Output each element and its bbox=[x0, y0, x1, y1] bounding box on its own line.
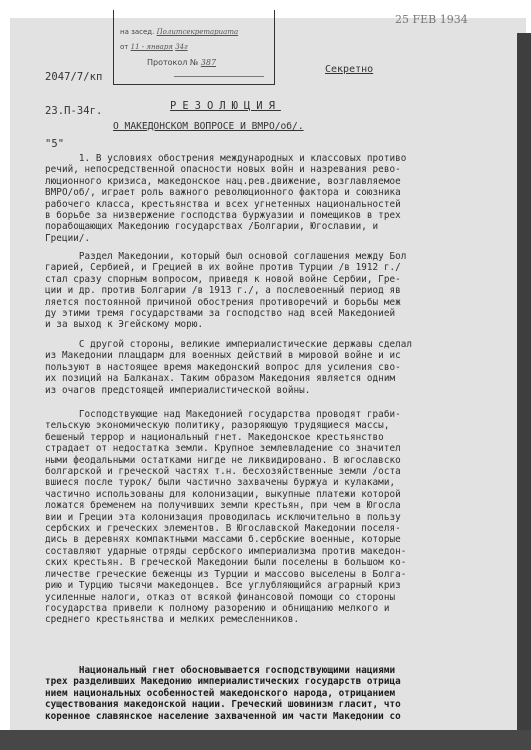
text-line: составляют ударные отряды сербского импе… bbox=[45, 546, 406, 557]
text-line: и за выход к Эгейскому морю. bbox=[45, 319, 406, 330]
subtitle-text: О МАКЕДОНСКОМ ВОПРОСЕ И ВМРО/об/. bbox=[113, 121, 304, 132]
paragraph-5: Национальный гнет обосновывается господс… bbox=[45, 665, 401, 722]
scan-edge-right bbox=[517, 33, 531, 750]
text-line: С другой стороны, великие империалистиче… bbox=[45, 339, 412, 350]
text-line: ВМРО/об/, играет роль важного революцион… bbox=[45, 187, 406, 198]
text-line: в борьбе за низвержение господства буржу… bbox=[45, 210, 406, 221]
protocol-stamp: на засед. Политсекретариата от 11 - янва… bbox=[113, 10, 275, 85]
text-line: нием национальных особенностей македонск… bbox=[45, 688, 401, 699]
paragraph-4: Господствующие над Македонией государств… bbox=[45, 409, 406, 626]
paragraph-3: С другой стороны, великие империалистиче… bbox=[45, 339, 412, 396]
document-subtitle: О МАКЕДОНСКОМ ВОПРОСЕ И ВМРО/об/. bbox=[113, 121, 304, 132]
text-line: Господствующие над Македонией государств… bbox=[45, 409, 406, 420]
text-line: тельскую экономическую политику, разоряю… bbox=[45, 420, 406, 431]
text-line: болгарской и греческой частях т.н. бесхо… bbox=[45, 466, 406, 477]
text-line: вии и Греции эта колонизация проводилась… bbox=[45, 512, 406, 523]
text-line: ции и др. против Болгарии /в 1913 г./, а… bbox=[45, 285, 406, 296]
document-title: РЕЗОЛЮЦИЯ bbox=[170, 100, 281, 112]
text-line: коренное славянское население захваченно… bbox=[45, 711, 401, 722]
classification-label: Секретно bbox=[325, 64, 373, 75]
text-line: частично использованы для колонизации, в… bbox=[45, 489, 406, 500]
paragraph-2: Раздел Македонии, который был основой со… bbox=[45, 251, 406, 331]
text-line: ными феодальными остатками нигде не ликв… bbox=[45, 455, 406, 466]
text-line: гарией, Сербией, и Грецией в их войне пр… bbox=[45, 262, 406, 273]
reference-block: 2047/7/кп 23.П-34г. "5" bbox=[45, 49, 102, 162]
text-line: дись в деревнях компактными массами б.се… bbox=[45, 534, 406, 545]
text-line: стал сразу спорным вопросом, приведя к н… bbox=[45, 274, 406, 285]
text-line: личестве греческие беженцы из Турции и м… bbox=[45, 569, 406, 580]
text-line: ских крестьян. В греческой Македонии был… bbox=[45, 557, 406, 568]
text-line: из Македонии плацдарм для военных действ… bbox=[45, 350, 412, 361]
stamp-meeting-label: на засед. bbox=[120, 28, 154, 36]
stamp-date-year: 34г bbox=[175, 43, 187, 51]
stamp-date-value: 11 - января bbox=[131, 43, 173, 51]
text-line: их позиций на Балканах. Таким образом Ма… bbox=[45, 373, 412, 384]
text-line: существования македонской нации. Греческ… bbox=[45, 699, 401, 710]
text-line: речий, непосредственной опасности новых … bbox=[45, 164, 406, 175]
stamp-meeting-value: Политсекретариата bbox=[157, 28, 239, 36]
reference-number: 2047/7/кп bbox=[45, 72, 102, 83]
reference-date: 23.П-34г. bbox=[45, 106, 102, 117]
stamp-date-label: от bbox=[120, 43, 128, 51]
text-line: 1. В условиях обострения международных и… bbox=[45, 153, 406, 164]
text-line: ду этими тремя государствами за господст… bbox=[45, 308, 406, 319]
text-line: порабощающих Македонию государствах /Бол… bbox=[45, 221, 406, 232]
text-line: вшиеся после турок/ были частично захвач… bbox=[45, 477, 406, 488]
scan-edge-bottom bbox=[0, 730, 531, 750]
text-line: трех разделивших Македонию империалистич… bbox=[45, 676, 401, 687]
text-line: сербских и греческих элементов. В Югосла… bbox=[45, 523, 406, 534]
paragraph-1: 1. В условиях обострения международных и… bbox=[45, 153, 406, 244]
stamp-protocol-label: Протокол № bbox=[147, 58, 198, 67]
text-line: Греции/. bbox=[45, 233, 406, 244]
text-line: Раздел Македонии, который был основой со… bbox=[45, 251, 406, 262]
received-date-stamp: 25 FEB 1934 bbox=[395, 13, 468, 26]
reference-copy: "5" bbox=[45, 139, 102, 150]
text-line: усиленные налоги, отказ от всякой финанс… bbox=[45, 592, 406, 603]
text-line: пользуют в настоящее время македонский в… bbox=[45, 362, 412, 373]
text-line: рию и Турцию тысячи македонцев. Все углу… bbox=[45, 580, 406, 591]
text-line: государства привели к полному разорению … bbox=[45, 603, 406, 614]
text-line: страдает от недостатка земли. Крупное зе… bbox=[45, 443, 406, 454]
stamp-blank-line bbox=[174, 76, 264, 77]
text-line: ложатся бременем на получивших земли кре… bbox=[45, 500, 406, 511]
text-line: из очагов предстоящей империалистической… bbox=[45, 385, 412, 396]
stamp-protocol-number: 387 bbox=[201, 58, 216, 67]
text-line: люционного кризиса, македонское нац.рев.… bbox=[45, 176, 406, 187]
text-line: бешеный террор и национальный гнет. Маке… bbox=[45, 432, 406, 443]
text-line: среднего крестьянства и мелких ремесленн… bbox=[45, 614, 406, 625]
text-line: Национальный гнет обосновывается господс… bbox=[45, 665, 401, 676]
text-line: рабочего класса, крестьянства и всех угн… bbox=[45, 199, 406, 210]
text-line: ляется постоянной причиной обострения пр… bbox=[45, 297, 406, 308]
